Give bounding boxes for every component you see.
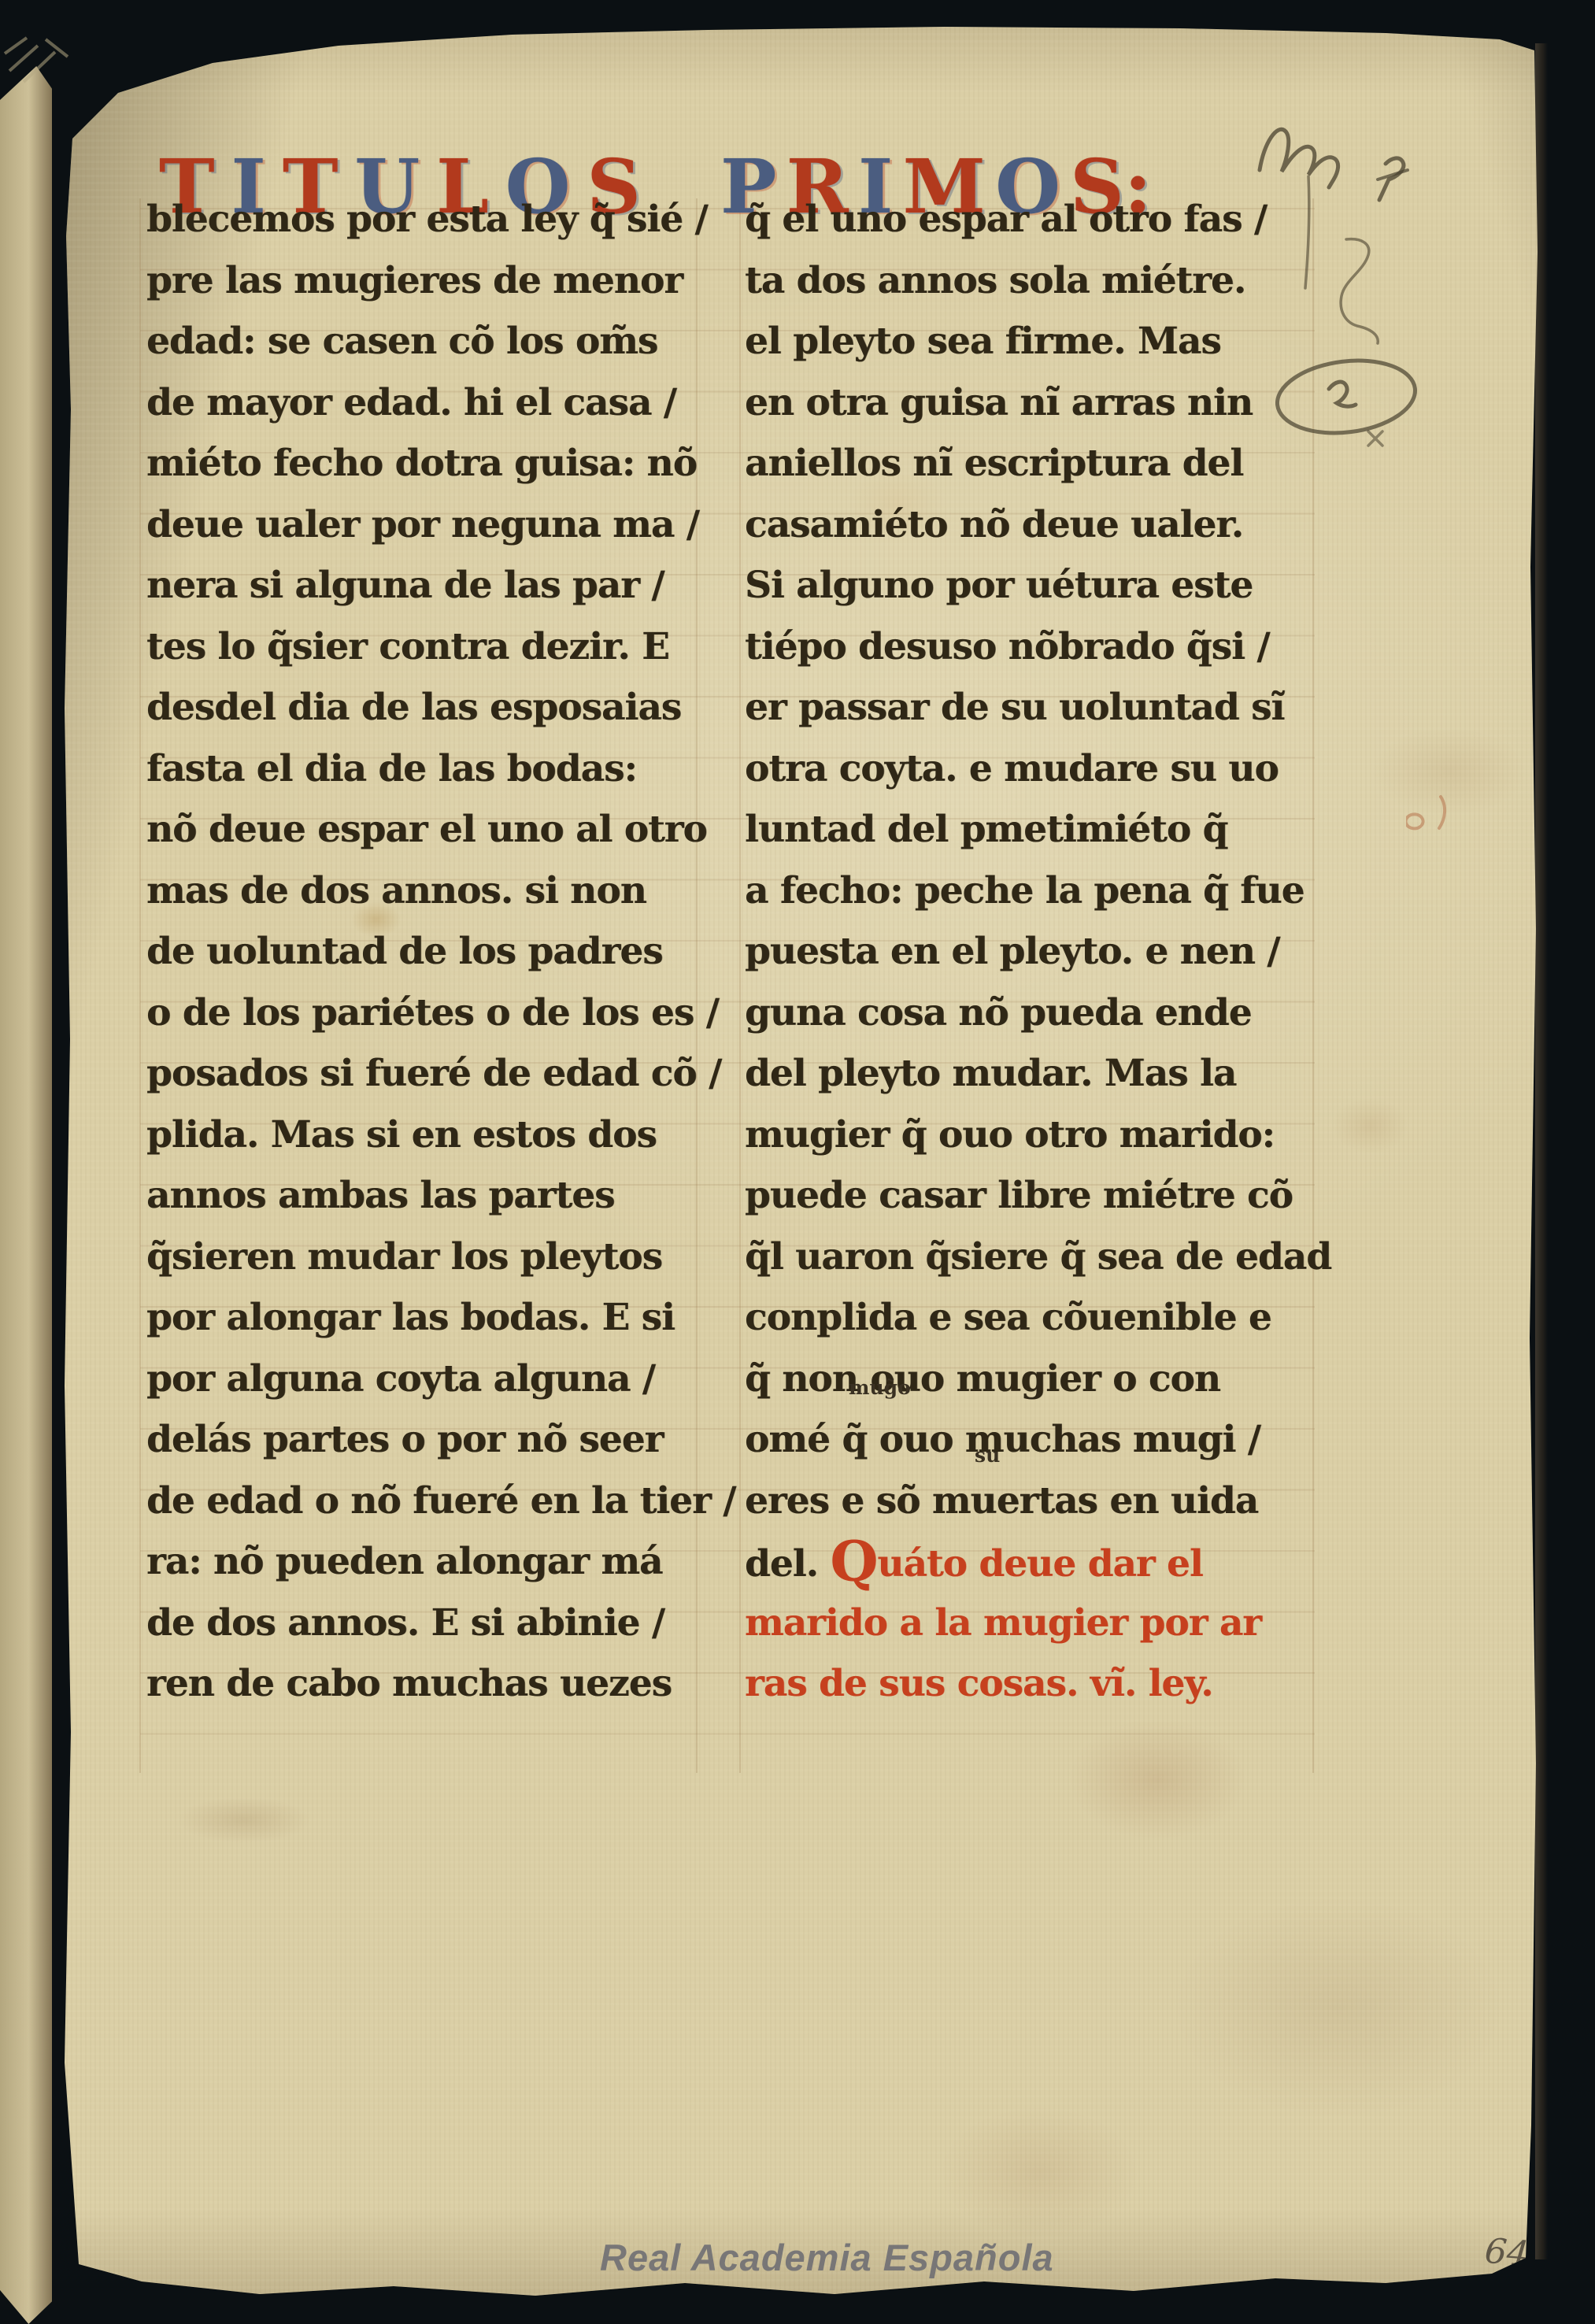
previous-page-sliver (0, 66, 52, 2324)
text-line: casamiéto nõ deue ualer. (745, 494, 1315, 556)
text-line: posados si fueré de edad cõ ∕ (146, 1043, 702, 1105)
book-fore-edge (1535, 43, 1548, 2259)
text-line: de dos annos. E si abinie ∕ (146, 1593, 702, 1654)
text-line: ta dos annos sola miétre. (745, 250, 1315, 312)
text-line: miéto fecho dotra guisa: nõ (146, 433, 702, 494)
text-line: desdel dia de las esposaias (146, 677, 702, 738)
rubric-fragment: uáto deue dar el (877, 1542, 1202, 1586)
rubric-line: marido a la mugier por ar (745, 1593, 1315, 1654)
text-line: er passar de su uoluntad sĩ (745, 677, 1315, 738)
text-line: mas de dos annos. si non (146, 860, 702, 922)
text-line: edad: se casen cõ los om̃s (146, 311, 702, 372)
text-line: el pleyto sea firme. Mas (745, 311, 1315, 372)
text-line: annos ambas las partes (146, 1165, 702, 1227)
text-line: de edad o nõ fueré en la tier ∕ (146, 1471, 702, 1532)
text-column-left: blecemos por esta ley q̃ sié ∕ pre las m… (146, 189, 702, 1715)
text-line: por alongar las bodas. E si (146, 1287, 702, 1349)
text-line: o de los pariétes o de los es ∕ (146, 983, 702, 1044)
text-line: Si alguno por uétura este (745, 555, 1315, 616)
margin-red-mark (1406, 787, 1461, 858)
text-line: blecemos por esta ley q̃ sié ∕ (146, 189, 702, 250)
rubric-line: ras de sus cosas. vĩ. ley. (745, 1653, 1315, 1715)
manuscript-page: T I T U L O S P R I M O S: blecemos por … (0, 0, 1595, 2324)
text-fragment-black: del. (745, 1542, 818, 1586)
rubric-initial-q: Q (830, 1529, 877, 1594)
text-line: plida. Mas si en estos dos (146, 1105, 702, 1166)
text-line: luntad del pmetimiéto q̃ (745, 799, 1315, 860)
text-line: por alguna coyta alguna ∕ (146, 1349, 702, 1410)
text-line: conplida e sea cõuenible e (745, 1287, 1315, 1349)
text-line: nõ deue espar el uno al otro (146, 799, 702, 860)
text-line: en otra guisa nĩ arras nin (745, 372, 1315, 434)
text-line: q̃ el uno espar al otro fas ∕ (745, 189, 1315, 250)
folio-number: 64 (1483, 2231, 1530, 2275)
text-line: del pleyto mudar. Mas la (745, 1043, 1315, 1105)
text-line: omé q̃ ouo muchas mugi ∕ (745, 1409, 1315, 1471)
text-column-right: q̃ el uno espar al otro fas ∕ ta dos ann… (745, 189, 1315, 1715)
interlinear-gloss: mug̃o (849, 1376, 911, 1399)
text-line: otra coyta. e mudare su uo (745, 738, 1315, 800)
rubric-transition-line: del. Quáto deue dar el (745, 1531, 1315, 1593)
text-line: de mayor edad. hi el casa ∕ (146, 372, 702, 434)
text-line: a fecho: peche la pena q̃ fue (745, 860, 1315, 922)
text-line: nera si alguna de las par ∕ (146, 555, 702, 616)
text-line: guna cosa nõ pueda ende (745, 983, 1315, 1044)
text-line: q̃ non ouo mugier o con (745, 1349, 1315, 1410)
text-line: aniellos nĩ escriptura del (745, 433, 1315, 494)
text-line: tes lo q̃sier contra dezir. E (146, 616, 702, 678)
text-line: tiépo desuso nõbrado q̃si ∕ (745, 616, 1315, 678)
vertical-ruling (139, 198, 141, 1773)
text-line: q̃l uaron q̃siere q̃ sea de edad (745, 1227, 1315, 1288)
vertical-ruling (739, 198, 741, 1773)
text-line: puesta en el pleyto. e nen ∕ (745, 921, 1315, 983)
text-line: eres e sõ muertas en uida (745, 1471, 1315, 1532)
text-line: fasta el dia de las bodas: (146, 738, 702, 800)
text-line: puede casar libre miétre cõ (745, 1165, 1315, 1227)
library-watermark: Real Academia Española (600, 2236, 1054, 2279)
text-line: q̃sieren mudar los pleytos (146, 1227, 702, 1288)
text-line: pre las mugieres de menor (146, 250, 702, 312)
text-line: ren de cabo muchas uezes (146, 1653, 702, 1715)
photographed-manuscript: T I T U L O S P R I M O S: blecemos por … (0, 0, 1595, 2324)
text-line: delás partes o por nõ seer (146, 1409, 702, 1471)
text-line: de uoluntad de los padres (146, 921, 702, 983)
text-line: mugier q̃ ouo otro marido: (745, 1105, 1315, 1166)
text-line: ra: nõ pueden alongar má (146, 1531, 702, 1593)
text-line: deue ualer por neguna ma ∕ (146, 494, 702, 556)
interlinear-gloss: su (975, 1444, 1000, 1467)
